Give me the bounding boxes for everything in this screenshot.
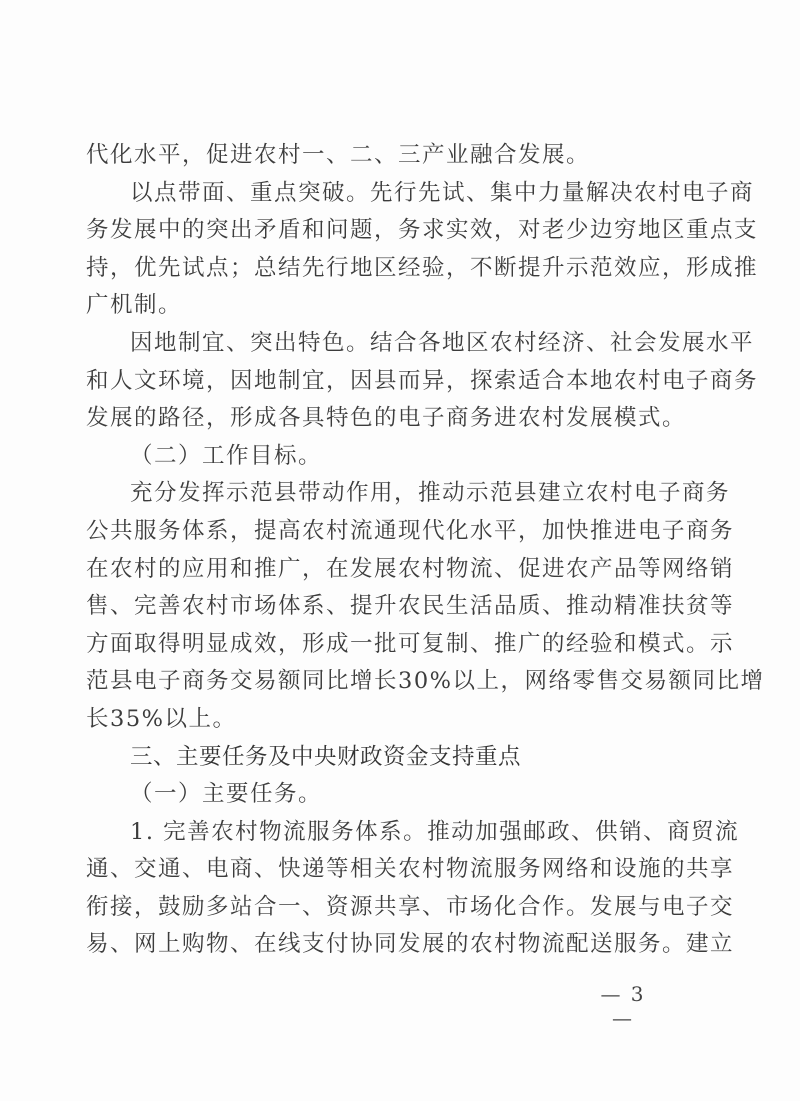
paragraph-line: 长35%以上。: [86, 701, 680, 739]
paragraph-line: 易、网上购物、在线支付协同发展的农村物流配送服务。建立: [86, 926, 680, 964]
subsection-heading: （二）工作目标。: [86, 438, 680, 476]
section-heading: 三、主要任务及中央财政资金支持重点: [86, 739, 680, 777]
paragraph-line: 持，优先试点；总结先行地区经验，不断提升示范效应，形成推: [86, 250, 680, 288]
paragraph-line: 充分发挥示范县带动作用，推动示范县建立农村电子商务: [86, 475, 680, 513]
paragraph-line: 因地制宜、突出特色。结合各地区农村经济、社会发展水平: [86, 325, 680, 363]
paragraph-line: 和人文环境，因地制宜，因县而异，探索适合本地农村电子商务: [86, 363, 680, 401]
paragraph-line: 以点带面、重点突破。先行先试、集中力量解决农村电子商: [86, 175, 680, 213]
body-text: 代化水平，促进农村一、二、三产业融合发展。 以点带面、重点突破。先行先试、集中力…: [86, 137, 680, 964]
paragraph-line: 代化水平，促进农村一、二、三产业融合发展。: [86, 137, 680, 175]
page-number: — 3 —: [588, 982, 658, 1030]
paragraph-line: 务发展中的突出矛盾和问题，务求实效，对老少边穷地区重点支: [86, 212, 680, 250]
paragraph-line: 售、完善农村市场体系、提升农民生活品质、推动精准扶贫等: [86, 588, 680, 626]
paragraph-line: 在农村的应用和推广，在发展农村物流、促进农产品等网络销: [86, 551, 680, 589]
paragraph-line: 通、交通、电商、快递等相关农村物流服务网络和设施的共享: [86, 851, 680, 889]
document-page: 代化水平，促进农村一、二、三产业融合发展。 以点带面、重点突破。先行先试、集中力…: [0, 0, 800, 1101]
paragraph-line: 1. 完善农村物流服务体系。推动加强邮政、供销、商贸流: [86, 814, 680, 852]
subsection-heading: （一）主要任务。: [86, 776, 680, 814]
paragraph-line: 广机制。: [86, 287, 680, 325]
paragraph-line: 方面取得明显成效，形成一批可复制、推广的经验和模式。示: [86, 626, 680, 664]
paragraph-line: 公共服务体系，提高农村流通现代化水平，加快推进电子商务: [86, 513, 680, 551]
paragraph-line: 发展的路径，形成各具特色的电子商务进农村发展模式。: [86, 400, 680, 438]
paragraph-line: 范县电子商务交易额同比增长30%以上，网络零售交易额同比增: [86, 663, 680, 701]
paragraph-line: 衔接，鼓励多站合一、资源共享、市场化合作。发展与电子交: [86, 889, 680, 927]
